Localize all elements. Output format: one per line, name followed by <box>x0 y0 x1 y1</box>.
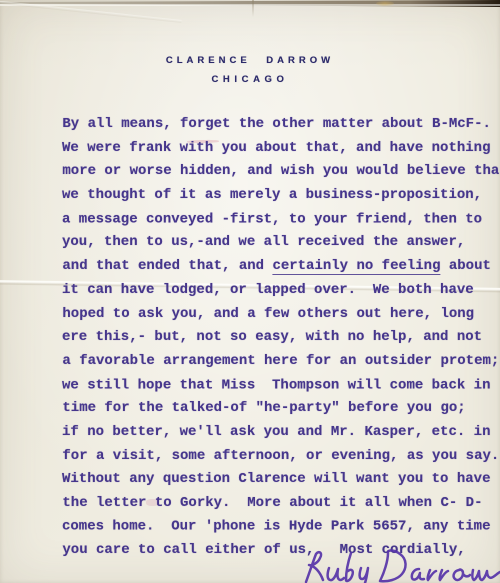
letter-body: By all means, forget the other matter ab… <box>62 113 500 563</box>
letter-page: CLARENCE DARROW CHICAGO By all means, fo… <box>0 0 500 583</box>
letter-line: We were frank with you about that, and h… <box>62 137 500 161</box>
letter-line: Without any question Clarence will want … <box>62 468 500 492</box>
paper-top-highlight <box>0 4 500 6</box>
letter-line: hoped to ask you, and a few others out h… <box>62 303 500 327</box>
letter-line: you, then to us,-and we all received the… <box>62 231 500 255</box>
letter-line: a favorable arrangement here for an outs… <box>62 350 500 374</box>
signature <box>303 549 500 583</box>
letterhead: CLARENCE DARROW CHICAGO <box>0 55 500 85</box>
letter-line: it can have lodged, or lapped over. We b… <box>62 279 500 303</box>
letter-line: more or worse hidden, and wish you would… <box>62 160 500 184</box>
letterhead-city: CHICAGO <box>0 74 500 85</box>
paper-stain <box>376 1 394 6</box>
letterhead-name: CLARENCE DARROW <box>0 55 500 66</box>
letter-line: time for the talked-of "he-party" before… <box>62 397 500 421</box>
letter-line: the letter to Gorky. More about it all w… <box>62 492 500 516</box>
letter-line: By all means, forget the other matter ab… <box>62 113 500 137</box>
letter-line: ere this,- but, not so easy, with no hel… <box>62 326 500 350</box>
signature-handwriting-icon <box>303 549 500 583</box>
letter-line: we still hope that Miss Thompson will co… <box>62 374 500 398</box>
letter-line: comes home. Our 'phone is Hyde Park 5657… <box>62 515 500 539</box>
fold-crease-vertical <box>252 0 254 17</box>
letter-line: a message conveyed -first, to your frien… <box>62 208 500 232</box>
letter-line: and that ended that, and certainly no fe… <box>62 255 500 279</box>
letter-line: we thought of it as merely a business-pr… <box>62 184 500 208</box>
letter-line: if no better, we'll ask you and Mr. Kasp… <box>62 421 500 445</box>
letter-line: for a visit, some afternoon, or evening,… <box>62 445 500 469</box>
